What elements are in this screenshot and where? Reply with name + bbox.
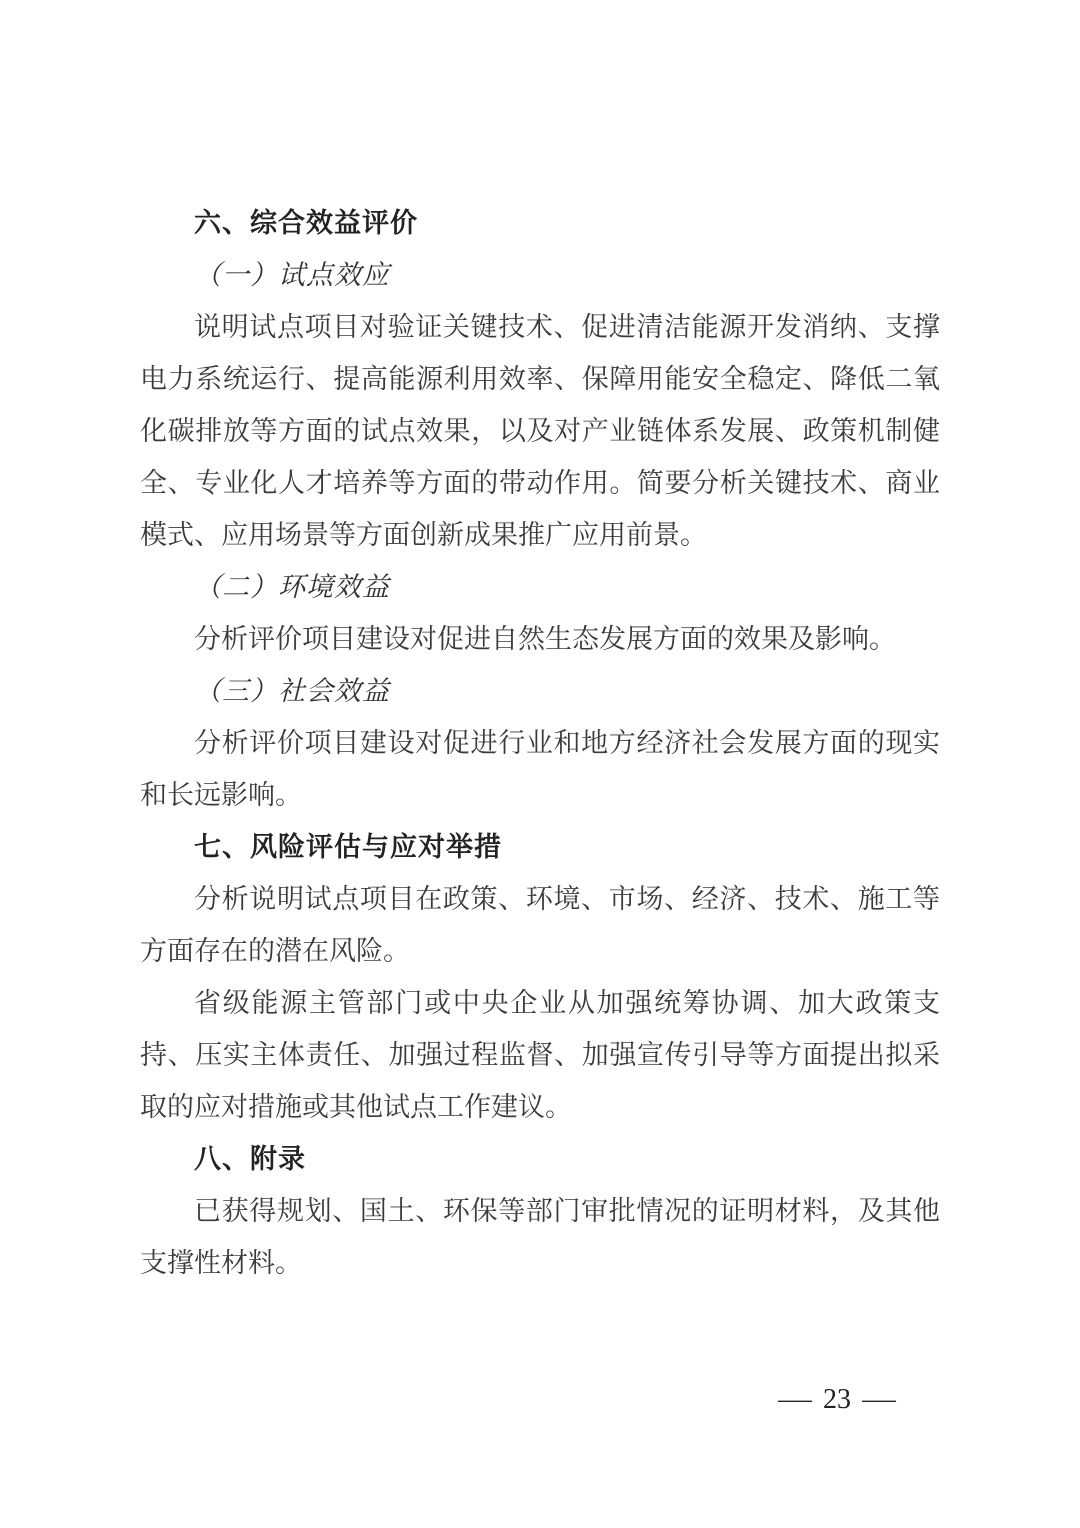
body-paragraph: 说明试点项目对验证关键技术、促进清洁能源开发消纳、支撑电力系统运行、提高能源利用… xyxy=(140,301,940,561)
page-number-value: 23 xyxy=(823,1383,851,1417)
section-heading-7: 七、风险评估与应对举措 xyxy=(140,821,940,873)
section-heading-6: 六、综合效益评价 xyxy=(140,197,940,249)
section-heading-8: 八、附录 xyxy=(140,1133,940,1185)
page-number: —23— xyxy=(781,1383,893,1417)
page-number-left-dash: — xyxy=(778,1383,812,1417)
subsection-heading-6-3: （三）社会效益 xyxy=(140,665,940,717)
body-paragraph: 省级能源主管部门或中央企业从加强统筹协调、加大政策支持、压实主体责任、加强过程监… xyxy=(140,977,940,1133)
body-paragraph: 分析说明试点项目在政策、环境、市场、经济、技术、施工等方面存在的潜在风险。 xyxy=(140,873,940,977)
body-paragraph: 已获得规划、国土、环保等部门审批情况的证明材料，及其他支撑性材料。 xyxy=(140,1185,940,1289)
page-number-right-dash: — xyxy=(862,1383,896,1417)
document-body: 六、综合效益评价 （一）试点效应 说明试点项目对验证关键技术、促进清洁能源开发消… xyxy=(140,197,940,1289)
document-page: 六、综合效益评价 （一）试点效应 说明试点项目对验证关键技术、促进清洁能源开发消… xyxy=(0,0,1080,1528)
subsection-heading-6-1: （一）试点效应 xyxy=(140,249,940,301)
subsection-heading-6-2: （二）环境效益 xyxy=(140,561,940,613)
body-paragraph: 分析评价项目建设对促进行业和地方经济社会发展方面的现实和长远影响。 xyxy=(140,717,940,821)
body-paragraph: 分析评价项目建设对促进自然生态发展方面的效果及影响。 xyxy=(140,613,940,665)
